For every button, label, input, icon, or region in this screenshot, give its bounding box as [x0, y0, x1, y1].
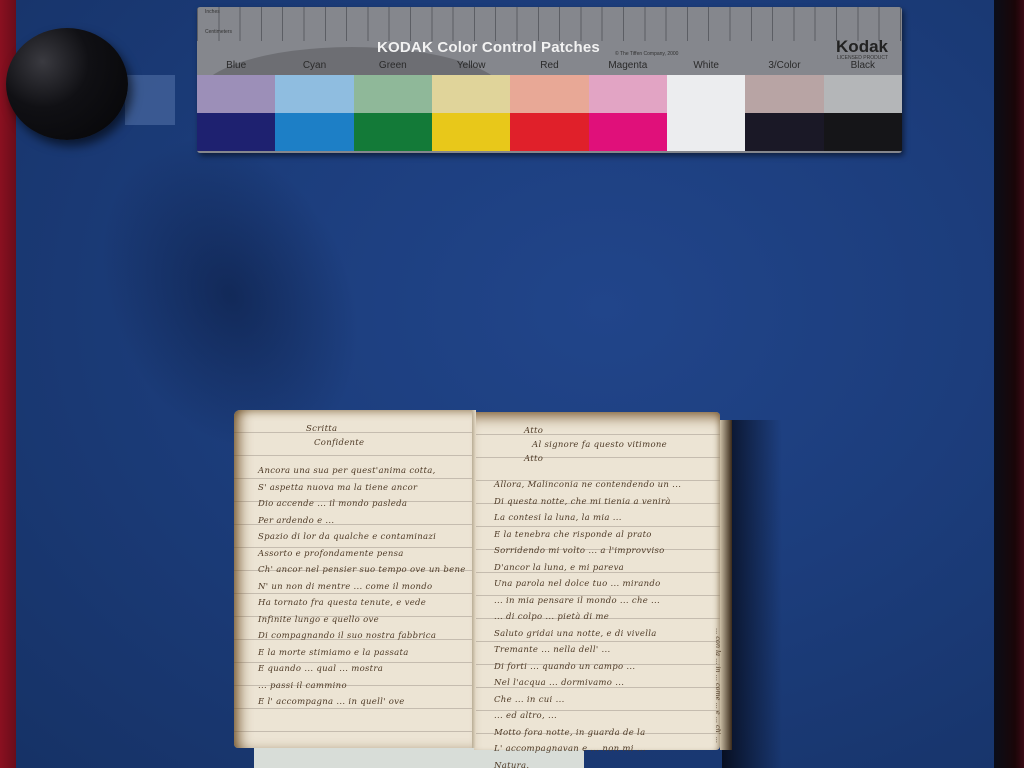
dark-frame-right — [994, 0, 1024, 768]
handwritten-line: Ancora una sua per quest'anima cotta, — [258, 466, 436, 476]
black-clamp-knob — [6, 28, 128, 140]
ruler-scale — [197, 7, 902, 41]
handwritten-line: Una parola nel dolce tuo ... mirando — [494, 579, 661, 589]
handwritten-heading: Atto — [524, 454, 543, 464]
patch-label: 3/Color — [745, 60, 823, 71]
handwritten-line: Allora, Malinconia ne contendendo un ... — [494, 480, 681, 490]
patch-label: Magenta — [589, 60, 667, 71]
patch-light — [667, 75, 745, 113]
handwritten-line: E quando ... qual ... mostra — [258, 664, 383, 674]
color-patch-red — [510, 75, 588, 151]
patch-dark — [667, 113, 745, 151]
patch-dark — [432, 113, 510, 151]
handwritten-line: Di compagnando il suo nostra fabbrica — [258, 631, 436, 641]
patch-labels: Blue Cyan Green Yellow Red Magenta White… — [197, 60, 902, 71]
handwritten-line: ... in mia pensare il mondo ... che ... — [494, 596, 660, 606]
handwritten-line: ... ed altro, ... — [494, 711, 557, 721]
handwritten-heading: Al signore fa questo vitimone — [532, 440, 667, 450]
patch-label: Cyan — [275, 60, 353, 71]
right-page: AttoAl signore fa questo vitimoneAttoAll… — [474, 412, 720, 750]
clamp-bracket — [125, 75, 175, 125]
color-patch-black — [824, 75, 902, 151]
handwritten-line: Per ardendo e ... — [258, 516, 334, 526]
patch-label: Red — [510, 60, 588, 71]
handwritten-line: Dio accende ... il mondo pasleda — [258, 499, 407, 509]
color-patch-3-color — [745, 75, 823, 151]
patch-light — [589, 75, 667, 113]
kodak-logo: Kodak — [836, 37, 888, 57]
handwritten-line: Ch' ancor nel pensier suo tempo ove un b… — [258, 565, 466, 575]
handwritten-line: ... passi il cammino — [258, 681, 347, 691]
handwritten-heading: Confidente — [314, 438, 364, 448]
patch-label: Yellow — [432, 60, 510, 71]
kodak-color-control-strip: Inches Centimeters KODAK Color Control P… — [197, 7, 902, 153]
red-frame-left — [0, 0, 16, 768]
patch-light — [824, 75, 902, 113]
patch-dark — [745, 113, 823, 151]
ruler-inches-label: Inches — [205, 9, 220, 15]
ruler-centimeters-label: Centimeters — [205, 29, 232, 35]
handwritten-line: Ha tornato fra questa tenute, e vede — [258, 598, 426, 608]
handwritten-line: La contesi la luna, la mia ... — [494, 513, 622, 523]
patch-label: Green — [354, 60, 432, 71]
handwritten-line: Nel l'acqua ... dormivamo ... — [494, 678, 624, 688]
patch-light — [197, 75, 275, 113]
handwritten-line: Assorto e profondamente pensa — [258, 549, 404, 559]
handwritten-line: Spazio di lor da qualche e contaminazi — [258, 532, 436, 542]
handwritten-line: S' aspetta nuova ma la tiene ancor — [258, 483, 417, 493]
handwritten-line: Natura. — [494, 761, 529, 768]
notebook-gutter — [472, 410, 476, 748]
color-patch-green — [354, 75, 432, 151]
handwritten-line: N' un non di mentre ... come il mondo — [258, 582, 432, 592]
patch-dark — [275, 113, 353, 151]
handwritten-line: L' accompagnavan e ... non mi ... — [494, 744, 646, 754]
patch-dark — [354, 113, 432, 151]
strip-title: KODAK Color Control Patches — [377, 39, 600, 56]
patch-dark — [510, 113, 588, 151]
handwritten-line: Di questa notte, che mi tienia a venirà — [494, 497, 671, 507]
handwritten-line: E la morte stimiamo e la passata — [258, 648, 409, 658]
handwritten-line: Tremante ... nella dell' ... — [494, 645, 610, 655]
patch-label: Black — [824, 60, 902, 71]
handwritten-heading: Scritta — [306, 424, 337, 434]
patch-label: Blue — [197, 60, 275, 71]
handwritten-line: ... di colpo ... pietà di me — [494, 612, 609, 622]
manuscript-notebook: ScrittaConfidenteAncora una sua per ques… — [232, 410, 730, 768]
handwritten-heading: Atto — [524, 426, 543, 436]
handwritten-line: Infinite lungo e quello ove — [258, 615, 379, 625]
handwritten-line: Saluto gridai una notte, e di vivella — [494, 629, 657, 639]
color-patch-cyan — [275, 75, 353, 151]
patch-dark — [197, 113, 275, 151]
patch-light — [354, 75, 432, 113]
handwritten-line: E l' accompagna ... in quell' ove — [258, 697, 405, 707]
patch-light — [510, 75, 588, 113]
color-patch-blue — [197, 75, 275, 151]
handwritten-line: Sorridendo mi volto ... a l'improvviso — [494, 546, 665, 556]
patch-light — [745, 75, 823, 113]
handwritten-line: Motto fora notte, in guarda de la — [494, 728, 645, 738]
patch-dark — [824, 113, 902, 151]
handwritten-line: Che ... in cui ... — [494, 695, 565, 705]
color-patch-yellow — [432, 75, 510, 151]
color-patches — [197, 75, 902, 151]
patch-light — [275, 75, 353, 113]
handwritten-line: Di forti ... quando un campo ... — [494, 662, 635, 672]
margin-note: ... con la ... in ... come ... e ... ch'… — [708, 628, 722, 746]
patch-light — [432, 75, 510, 113]
patch-label: White — [667, 60, 745, 71]
color-patch-white — [667, 75, 745, 151]
color-patch-magenta — [589, 75, 667, 151]
left-page: ScrittaConfidenteAncora una sua per ques… — [234, 410, 474, 748]
patch-dark — [589, 113, 667, 151]
strip-copyright: © The Tiffen Company, 2000 — [615, 51, 678, 57]
handwritten-line: E la tenebra che risponde al prato — [494, 530, 652, 540]
handwritten-line: D'ancor la luna, e mi pareva — [494, 563, 624, 573]
